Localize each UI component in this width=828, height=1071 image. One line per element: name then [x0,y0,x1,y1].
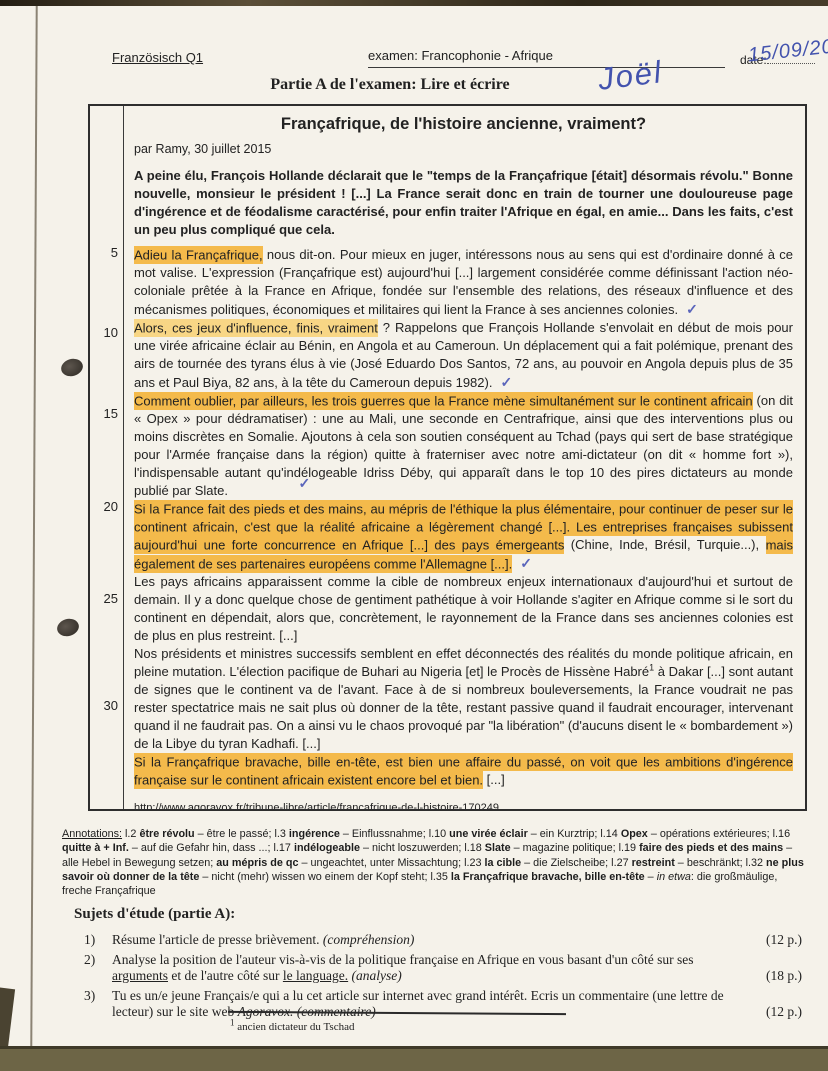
task-points: (18 p.) [766,968,802,985]
text-segment: (compréhension) [323,932,414,947]
text-segment: restreint [632,857,675,869]
text-segment: arguments [112,968,168,983]
text-segment: au mépris de qc [216,857,298,869]
text-segment: Opex [621,828,648,840]
text-segment: Les pays africains apparaissent comme la… [134,574,793,643]
article-paragraph: Comment oublier, par ailleurs, les trois… [134,392,793,500]
text-segment: Comment oublier, par ailleurs, les trois… [134,392,753,410]
text-segment: ingérence [289,828,340,840]
footnote-marker: 1 [230,1017,235,1027]
footnote-text: ancien dictateur du Tschad [237,1021,354,1033]
text-segment: et de l'autre côté sur [168,968,283,983]
source-url: http://www.agoravox.fr/tribune-libre/art… [134,799,793,809]
task-number: 3) [84,988,112,1021]
article-paragraph: Adieu la Françafrique, nous dit-on. Pour… [134,246,793,319]
text-segment: être révolu [139,828,194,840]
text-segment: – magazine politique; l.19 [511,842,639,854]
tasks-heading: Sujets d'étude (partie A): [74,906,235,923]
task-text: Tu es un/e jeune Français/e qui a lu cet… [112,988,766,1021]
text-segment: A peine élu, François Hollande déclarait… [134,168,793,237]
article-paragraph: Si la France fait des pieds et des mains… [134,500,793,573]
handwritten-date: 15/09/20 [747,36,828,68]
task-item: 1) Résume l'article de presse brièvement… [84,932,802,949]
punch-hole [55,616,81,638]
article-box: 5 10 15 20 25 30 Françafrique, de l'hist… [88,104,807,811]
article-paragraph: Alors, ces jeux d'influence, finis, vrai… [134,319,793,392]
line-number: 30 [104,698,118,713]
text-segment: – beschränkt; l.32 [675,857,766,869]
text-segment: – [645,871,657,883]
task-item: 3) Tu es un/e jeune Français/e qui a lu … [84,988,802,1021]
course-label: Französisch Q1 [112,50,203,65]
task-text: Analyse la position de l'auteur vis-à-vi… [112,952,766,985]
text-segment: – être le passé; l.3 [195,828,289,840]
article-paragraph: Les pays africains apparaissent comme la… [134,573,793,645]
scan-edge-top [0,0,828,6]
text-segment: – ungeachtet, unter Missachtung; l.23 [298,857,484,869]
article-byline: par Ramy, 30 juillet 2015 [134,140,793,158]
text-segment: Si la Françafrique bravache, bille en-tê… [134,753,793,789]
line-number-gutter: 5 10 15 20 25 30 [90,106,123,809]
task-points: (12 p.) [766,932,802,949]
task-number: 1) [84,932,112,949]
text-segment: qu'indélogeable [267,465,358,480]
text-segment: – auf die Gefahr hin, dass ...; l.17 [129,842,294,854]
article-title: Françafrique, de l'histoire ancienne, vr… [134,115,793,133]
text-segment: (analyse) [352,968,402,983]
text-segment: – nicht (mehr) wissen wo einem der Kopf … [199,871,450,883]
article-paragraph: A peine élu, François Hollande déclarait… [134,167,793,239]
checkmark-annotation: ✓ [686,301,698,317]
text-segment: Alors, ces jeux d'influence, finis, vrai… [134,319,378,337]
task-text: Résume l'article de presse brièvement. (… [112,932,766,949]
text-segment: – ein Kurztrip; l.14 [528,828,621,840]
text-segment: faire des pieds et des mains [639,842,783,854]
text-segment: [...] [483,772,505,787]
article-paragraph: Nos présidents et ministres successifs s… [134,645,793,753]
article-content: Françafrique, de l'histoire ancienne, vr… [123,106,805,809]
text-segment: Résume l'article de presse brièvement. [112,932,323,947]
text-segment: Tu es un/e jeune Français/e qui a lu cet… [112,988,724,1020]
checkmark-annotation: ✓ [520,555,532,571]
text-segment: Slate [485,842,511,854]
punch-hole [59,356,85,378]
line-number: 5 [111,245,118,260]
text-segment: (Chine, Inde, Brésil, Turquie...), [564,537,765,552]
text-segment: Annotations: [62,828,122,840]
text-segment: l.2 [122,828,139,840]
tasks-list: 1) Résume l'article de presse brièvement… [84,932,802,1024]
checkmark-annotation: ✓ [500,374,512,390]
text-segment: le language. [283,968,348,983]
scan-paper-left-edge [30,6,37,1046]
task-number: 2) [84,952,112,985]
text-segment: – opérations extérieures; l.16 [648,828,790,840]
footnote: 1 ancien dictateur du Tschad [230,1021,354,1033]
text-segment: – die Zielscheibe; l.27 [521,857,631,869]
line-number: 15 [104,406,118,421]
line-number: 10 [104,325,118,340]
text-segment: – nicht loszuwerden; l.18 [360,842,485,854]
task-points: (12 p.) [766,1004,802,1021]
line-number: 20 [104,499,118,514]
text-segment: la Françafrique bravache, bille en-tête [451,871,645,883]
text-segment: – Einflussnahme; l.10 [340,828,449,840]
text-segment: Analyse la position de l'auteur vis-à-vi… [112,952,693,967]
task-item: 2) Analyse la position de l'auteur vis-à… [84,952,802,985]
text-segment: Adieu la Françafrique, [134,246,263,264]
text-segment: une virée éclair [449,828,528,840]
annotations-block: Annotations: l.2 être révolu – être le p… [62,827,804,898]
line-number: 25 [104,591,118,606]
text-segment: in etwa [657,871,691,883]
scan-edge-bottom [0,1046,828,1071]
text-segment: indélogeable [294,842,360,854]
text-segment: quitte à + Inf. [62,842,129,854]
exam-label: examen: Francophonie - Afrique [368,48,725,68]
article-paragraph: Si la Françafrique bravache, bille en-tê… [134,753,793,789]
text-segment: la cible [485,857,522,869]
